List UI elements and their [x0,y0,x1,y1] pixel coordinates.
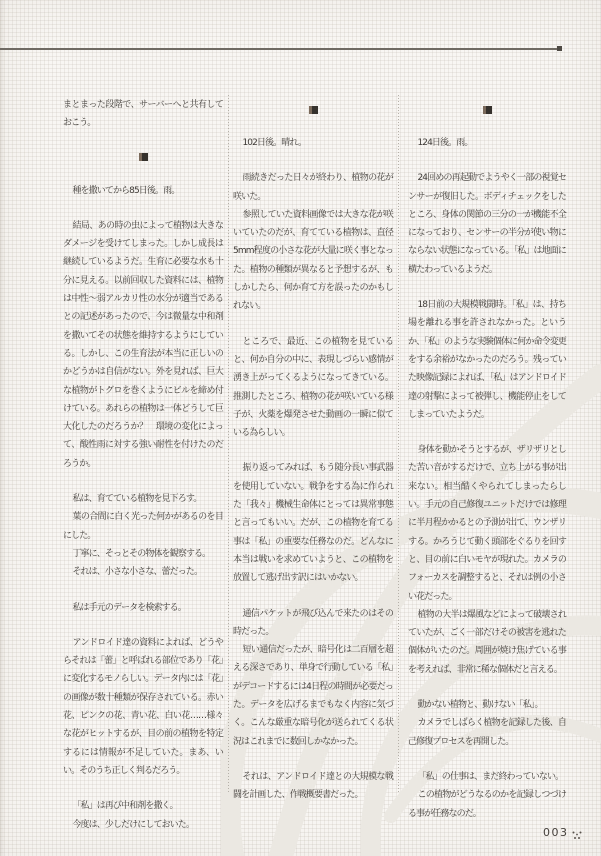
paragraph: 葉の合間に白く光った何かがあるのを目にした。 [63,508,223,545]
paragraph: この植物がどうなるのかを記録しつづける事が任務なのだ。 [408,786,566,823]
column-divider-1 [228,95,229,793]
paragraph: 結局、あの時の虫によって植物は大きなダメージを受けてしまった。しかし成長は継続し… [63,217,223,473]
paragraph: 参照していた資料画像では大きな花が咲いていたのだが、育てている植物は、直径5mm… [233,206,393,316]
section-marker-icon [139,153,148,161]
paragraph: 私は、育てている植物を見下ろす。 [63,490,223,508]
paragraph: それは、アンドロイド達との大規模な戦闘を計画した、作戦概要書だった。 [233,768,393,805]
paragraph: まとまった段階で、サーバーへと共有しておこう。 [63,96,223,133]
document-page: まとまった段階で、サーバーへと共有しておこう。種を撒いてから85日後。雨。結局、… [0,0,601,856]
paragraph: アンドロイド達の資料によれば、どうやらそれは「蕾」と呼ばれる部位であり「花」に変… [63,634,223,780]
paragraph: 身体を動かそうとするが、ザリザリとした苦い音がするだけで、立ち上がる事が出来ない… [408,441,566,606]
text-column-1: まとまった段階で、サーバーへと共有しておこう。種を撒いてから85日後。雨。結局、… [63,96,223,834]
text-column-3: 124日後。雨。24回めの再起動でようやく一部の視覚センサーが復旧した。ボディチ… [408,96,566,823]
page-edge-shading [0,0,5,856]
header-rule [0,48,557,50]
paragraph: 植物の大半は爆風などによって破壊されていたが、ごく一部だけその被害を逃れた個体が… [408,606,566,679]
page-number: 003 [543,826,569,839]
paragraph: それは、小さな小さな、蕾だった。 [63,563,223,581]
paragraph: 今度は、少しだけにしておいた。 [63,816,223,834]
paragraph: 動かない植物と、動けない「私」。 [408,696,566,714]
paragraph: 通信パケットが飛び込んで来たのはその時だった。 [233,605,393,642]
paragraph: 124日後。雨。 [408,134,566,152]
paragraph: カメラでしばらく植物を記録した後、自己修復プロセスを再開した。 [408,714,566,751]
section-marker-icon [309,106,318,114]
paragraph: 振り返ってみれば、もう随分長い事武器を使用していない。戦争をする為に作られた「我… [233,459,393,587]
text-column-2: 102日後。晴れ。雨続きだった日々が終わり、植物の花が咲いた。参照していた資料画… [233,96,393,805]
dots-cluster-icon [572,831,582,840]
section-marker-icon [483,106,492,114]
paragraph: 雨続きだった日々が終わり、植物の花が咲いた。 [233,169,393,206]
paragraph: 24回めの再起動でようやく一部の視覚センサーが復旧した。ボディチェックをしたとこ… [408,169,566,279]
paragraph: 「私」の仕事は、まだ終わっていない。 [408,768,566,786]
paragraph: 私は手元のデータを検索する。 [63,599,223,617]
paragraph: 「私」は再び中和剤を撒く。 [63,797,223,815]
paragraph: 種を撒いてから85日後。雨。 [63,182,223,200]
header-rule-end-dot [557,46,562,51]
column-divider-2 [398,95,399,793]
paragraph: 18日前の大規模戦闘時。「私」は、持ち場を離れる事を許されなかった。というか、「… [408,296,566,424]
paragraph: 短い通信だったが、暗号化は二百層を超える深さであり、単身で行動している「私」がデ… [233,641,393,751]
paragraph: ところで、最近、この植物を見ていると、何か自分の中に、表現しづらい感情が湧き上が… [233,333,393,443]
paragraph: 丁寧に、そっとその物体を観察する。 [63,545,223,563]
paragraph: 102日後。晴れ。 [233,134,393,152]
